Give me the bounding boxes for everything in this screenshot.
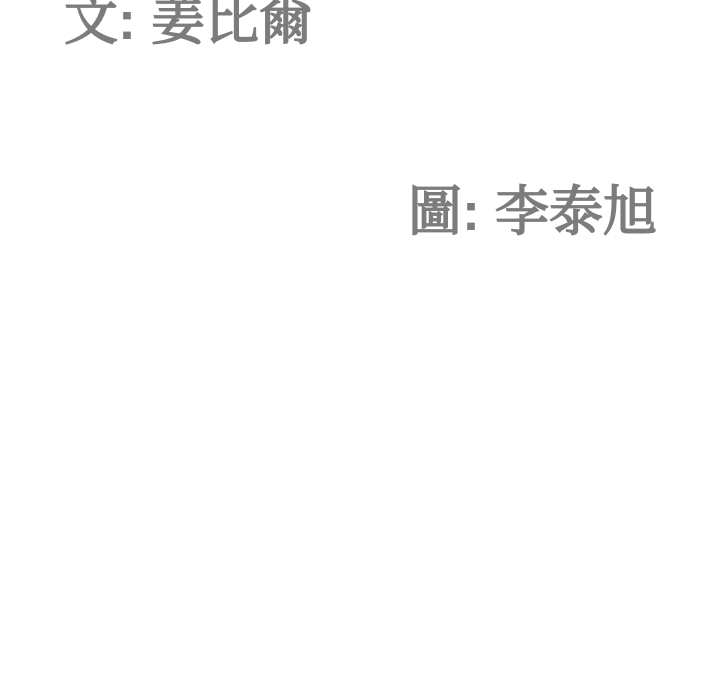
writer-credit-text: 文: 姜比爾 — [64, 0, 313, 48]
artist-credit-text: 圖: 李泰旭 — [408, 185, 657, 239]
comic-credits-page: { "page": { "type": "comic-credits-page"… — [0, 0, 720, 700]
